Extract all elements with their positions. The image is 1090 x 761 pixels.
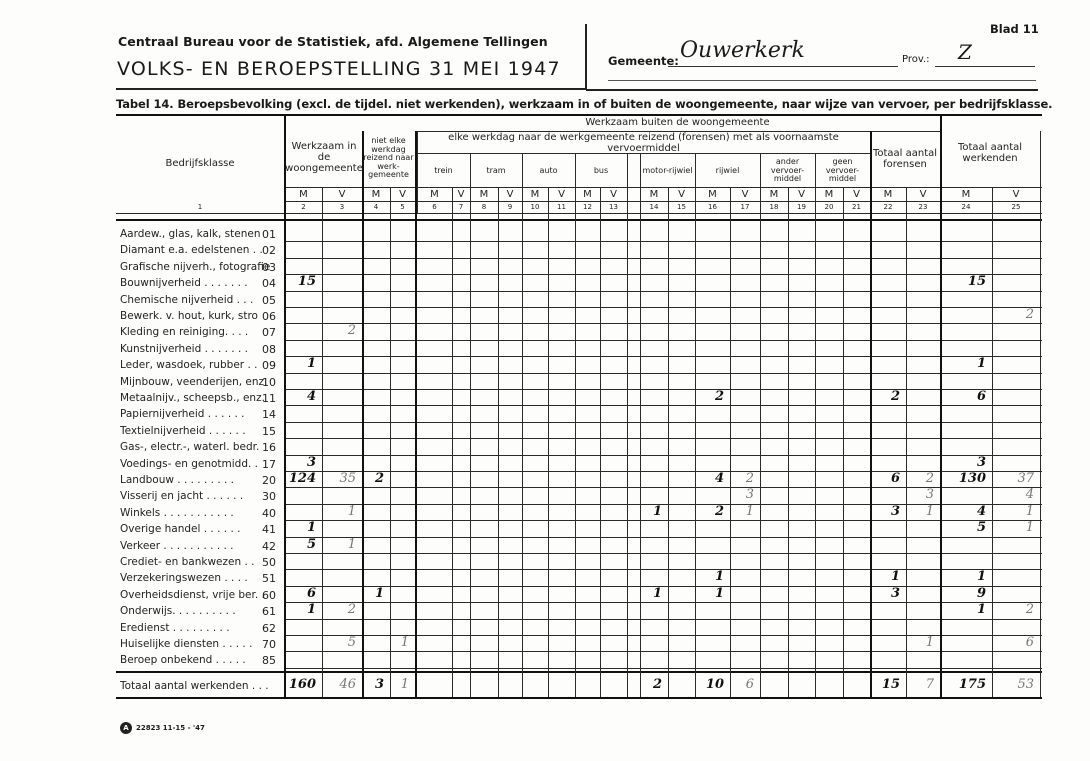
column-number: 21 (843, 202, 870, 213)
organization-name: Centraal Bureau voor de Statistiek, afd.… (118, 34, 548, 49)
row-label: Chemische nijverheid . . . (120, 294, 253, 306)
cell-value[interactable]: 1 (285, 602, 316, 617)
grid-line (815, 153, 816, 697)
row-label: Leder, wasdoek, rubber . . (120, 359, 257, 371)
column-number: 3 (322, 202, 362, 213)
cell-value[interactable]: 1 (285, 356, 316, 371)
row-code: 20 (258, 474, 276, 487)
column-header-v: V (390, 188, 415, 201)
column-header-v: V (548, 188, 575, 201)
cell-value[interactable]: 1 (695, 569, 724, 584)
row-label: Overheidsdienst, vrije ber. . (120, 589, 265, 601)
grid-line (730, 187, 731, 697)
column-header-v: V (992, 188, 1040, 201)
cell-value[interactable]: 9 (940, 586, 986, 601)
column-header-m: M (285, 188, 322, 201)
column-header-m: M (470, 188, 498, 201)
row-label: Bouwnijverheid . . . . . . . (120, 277, 248, 289)
row-code: 03 (258, 261, 276, 274)
cell-value[interactable]: 6 (940, 389, 986, 404)
column-number: 4 (362, 202, 390, 213)
province-field[interactable]: Z (958, 40, 972, 64)
column-header-bus: bus (575, 155, 627, 187)
column-header-m: M (522, 188, 548, 201)
grid-line (575, 153, 576, 697)
grid-line (285, 405, 1042, 406)
cell-value[interactable]: 2 (992, 307, 1034, 322)
grid-line (843, 187, 844, 697)
cell-value[interactable]: 1 (992, 504, 1034, 519)
grid-line (285, 520, 1042, 521)
column-number: 18 (760, 202, 788, 213)
row-code: 02 (258, 244, 276, 257)
column-header-rijwiel: rijwiel (695, 155, 760, 187)
grid-line (285, 340, 1042, 341)
cell-value[interactable]: 3 (906, 487, 934, 502)
cell-value[interactable]: 2 (730, 471, 754, 486)
cell-value[interactable]: 4 (992, 487, 1034, 502)
grid-line (285, 356, 1042, 357)
cell-value[interactable]: 1 (640, 504, 662, 519)
total-cell-value[interactable]: 3 (362, 677, 384, 692)
grid-line (285, 422, 1042, 423)
cell-value[interactable]: 15 (940, 274, 986, 289)
cell-value[interactable]: 5 (940, 520, 986, 535)
grid-line (285, 373, 1042, 374)
row-code: 14 (258, 408, 276, 421)
row-label: Kleding en reiniging. . . . (120, 326, 248, 338)
cell-value[interactable]: 2 (992, 602, 1034, 617)
row-code: 15 (258, 425, 276, 438)
total-cell-value[interactable]: 6 (730, 677, 754, 692)
grid-line (870, 131, 872, 697)
row-code: 06 (258, 310, 276, 323)
cell-value[interactable]: 1 (870, 569, 900, 584)
grid-line (668, 187, 669, 697)
column-number: 8 (470, 202, 498, 213)
column-header-totaal-werkenden: Totaal aantal werkenden (940, 118, 1040, 187)
grid-line (284, 114, 286, 697)
column-number: 11 (548, 202, 575, 213)
row-code: 40 (258, 507, 276, 520)
column-header-v: V (600, 188, 627, 201)
grid-line (116, 671, 1042, 673)
column-header-m: M (940, 188, 992, 201)
column-number: 14 (640, 202, 668, 213)
column-header-elke-werkdag: elke werkdag naar de werkgemeente reizen… (417, 132, 870, 153)
grid-line (285, 569, 1042, 570)
row-label: Bewerk. v. hout, kurk, stro (120, 310, 258, 322)
row-label: Crediet- en bankwezen . . (120, 556, 254, 568)
column-number: 13 (600, 202, 627, 213)
cell-value[interactable]: 2 (906, 471, 934, 486)
printer-logo-icon: A (120, 722, 132, 734)
cell-value[interactable]: 3 (730, 487, 754, 502)
form-title: VOLKS- EN BEROEPSTELLING 31 MEI 1947 (117, 58, 561, 80)
header-rule (586, 89, 1038, 91)
column-number: 19 (788, 202, 815, 213)
column-header-v: V (730, 188, 760, 201)
print-footer: A 22823 11-15 - '47 (120, 722, 205, 734)
grid-line (285, 274, 1042, 275)
row-label: Verzekeringswezen . . . . (120, 572, 248, 584)
grid-line (322, 187, 323, 697)
grid-line (285, 668, 1042, 669)
cell-value[interactable]: 1 (940, 356, 986, 371)
column-number: 10 (522, 202, 548, 213)
row-label: Grafische nijverh., fotografie (120, 261, 270, 273)
column-header-m: M (640, 188, 668, 201)
table-title: Tabel 14. Beroepsbevolking (excl. de tij… (116, 97, 1052, 111)
cell-value[interactable]: 1 (285, 520, 316, 535)
column-header-v: V (668, 188, 695, 201)
grid-line (695, 153, 696, 697)
column-header-werkzaam-in: Werkzaam in de woongemeente (285, 130, 363, 185)
cell-value[interactable]: 6 (870, 471, 900, 486)
grid-line (285, 455, 1042, 456)
column-number: 9 (498, 202, 522, 213)
census-form-sheet: Centraal Bureau voor de Statistiek, afd.… (0, 0, 1090, 761)
cell-value[interactable]: 5 (285, 537, 316, 552)
grid-line (116, 697, 1042, 699)
row-code: 50 (258, 556, 276, 569)
column-number: 1 (116, 202, 284, 213)
row-label: Overige handel . . . . . . (120, 523, 240, 535)
column-number: 7 (452, 202, 470, 213)
cell-value[interactable]: 124 (285, 471, 316, 486)
grid-line (760, 153, 761, 697)
column-header-m: M (695, 188, 730, 201)
total-cell-value[interactable]: 2 (640, 677, 662, 692)
cell-value[interactable]: 1 (906, 504, 934, 519)
row-code: 09 (258, 359, 276, 372)
column-header-niet-elke-werkdag: niet elke werkdag reizend naar werk-geme… (362, 131, 415, 186)
row-code: 51 (258, 572, 276, 585)
grid-line (452, 187, 453, 697)
column-number: 5 (390, 202, 415, 213)
grid-line (285, 651, 1042, 652)
header-rule (608, 80, 1036, 81)
column-header-m: M (362, 188, 390, 201)
total-cell-value[interactable]: 7 (906, 677, 934, 692)
column-number: 12 (575, 202, 600, 213)
total-cell-value[interactable]: 160 (285, 677, 316, 692)
row-label: Visserij en jacht . . . . . . (120, 490, 243, 502)
print-code: 22823 11-15 - '47 (136, 724, 205, 732)
row-code: 42 (258, 540, 276, 553)
row-label: Voedings- en genotmidd. . (120, 458, 258, 470)
header-divider (116, 88, 586, 90)
column-number: 15 (668, 202, 695, 213)
column-header-v: V (788, 188, 815, 201)
column-header-totaal-forensen: Totaal aantal forensen (870, 130, 940, 187)
grid-line (285, 323, 1042, 324)
cell-value[interactable]: 3 (870, 586, 900, 601)
cell-value[interactable]: 3 (870, 504, 900, 519)
row-label: Kunstnijverheid . . . . . . . (120, 343, 248, 355)
grid-line (285, 258, 1042, 259)
cell-value[interactable]: 1 (940, 569, 986, 584)
province-label: Prov.: (902, 54, 930, 65)
grid-line (992, 187, 993, 697)
cell-value[interactable]: 1 (390, 635, 409, 650)
column-number: 20 (815, 202, 843, 213)
row-label: Beroep onbekend . . . . . (120, 654, 246, 666)
gemeente-field[interactable]: Ouwerkerk (680, 38, 805, 63)
cell-value[interactable]: 1 (640, 586, 662, 601)
row-label: Onderwijs. . . . . . . . . . (120, 605, 236, 617)
total-row-label: Totaal aantal werkenden . . . (120, 680, 269, 692)
header-vertical-divider (585, 24, 587, 90)
row-code: 07 (258, 326, 276, 339)
column-number: 17 (730, 202, 760, 213)
grid-line (285, 307, 1042, 308)
cell-value[interactable]: 4 (285, 389, 316, 404)
cell-value[interactable]: 1 (940, 602, 986, 617)
total-cell-value[interactable]: 175 (940, 677, 986, 692)
row-code: 10 (258, 376, 276, 389)
grid-line (498, 187, 499, 697)
grid-line (600, 187, 601, 697)
row-label: Papiernijverheid . . . . . . (120, 408, 245, 420)
cell-value[interactable]: 1 (695, 586, 724, 601)
row-code: 08 (258, 343, 276, 356)
total-cell-value[interactable]: 53 (992, 677, 1034, 692)
column-header-motorrijwiel: motor-rijwiel (640, 155, 695, 187)
cell-value[interactable]: 37 (992, 471, 1034, 486)
column-number: 25 (992, 202, 1040, 213)
grid-line (640, 153, 641, 697)
cell-value[interactable]: 2 (870, 389, 900, 404)
column-number: 16 (695, 202, 730, 213)
row-code: 62 (258, 622, 276, 635)
row-code: 01 (258, 228, 276, 241)
column-number: 24 (940, 202, 992, 213)
column-header-v: V (322, 188, 362, 201)
column-header-m: M (417, 188, 452, 201)
row-label: Verkeer . . . . . . . . . . . (120, 540, 234, 552)
grid-line (285, 389, 1042, 390)
cell-value[interactable]: 2 (695, 504, 724, 519)
cell-value[interactable]: 4 (695, 471, 724, 486)
cell-value[interactable]: 6 (992, 635, 1034, 650)
row-label: Eredienst . . . . . . . . . (120, 622, 230, 634)
row-label: Aardew., glas, kalk, stenen (120, 228, 261, 240)
grid-line (285, 553, 1042, 554)
cell-value[interactable]: 4 (940, 504, 986, 519)
row-label: Diamant e.a. edelstenen . . (120, 244, 263, 256)
column-header-auto: auto (522, 155, 575, 187)
column-number: 22 (870, 202, 906, 213)
cell-value[interactable]: 15 (285, 274, 316, 289)
row-code: 16 (258, 441, 276, 454)
column-header-m: M (760, 188, 788, 201)
column-header-bedrijfsklasse: Bedrijfsklasse (116, 114, 284, 213)
cell-value[interactable]: 2 (362, 471, 384, 486)
cell-value[interactable]: 35 (322, 471, 356, 486)
row-label: Gas-, electr.-, waterl. bedr. (120, 441, 259, 453)
row-code: 61 (258, 605, 276, 618)
column-header-tram: tram (470, 155, 522, 187)
grid-line (1040, 131, 1041, 697)
row-label: Metaalnijv., scheepsb., enz. (120, 392, 265, 404)
column-header-v: V (452, 188, 470, 201)
total-cell-value[interactable]: 10 (695, 677, 724, 692)
cell-value[interactable]: 6 (285, 586, 316, 601)
cell-value[interactable]: 1 (322, 537, 356, 552)
grid-line (522, 153, 523, 697)
column-header-v: V (498, 188, 522, 201)
row-code: 41 (258, 523, 276, 536)
total-cell-value[interactable]: 1 (390, 677, 409, 692)
row-code: 70 (258, 638, 276, 651)
row-label: Huiselijke diensten . . . . . (120, 638, 252, 650)
grid-line (415, 131, 417, 697)
grid-line (940, 114, 942, 697)
column-number: 2 (285, 202, 322, 213)
row-label: Winkels . . . . . . . . . . . (120, 507, 234, 519)
row-label: Textielnijverheid . . . . . . (120, 425, 246, 437)
cell-value[interactable]: 3 (285, 455, 316, 470)
cell-value[interactable]: 130 (940, 471, 986, 486)
column-number: 23 (906, 202, 940, 213)
grid-line (285, 602, 1042, 603)
sheet-number: Blad 11 (990, 22, 1039, 36)
grid-line (788, 187, 789, 697)
row-label: Mijnbouw, veenderijen, enz. (120, 376, 267, 388)
column-header-m: M (815, 188, 843, 201)
cell-value[interactable]: 1 (362, 586, 384, 601)
cell-value[interactable]: 2 (322, 602, 356, 617)
grid-line (285, 586, 1042, 587)
row-label: Landbouw . . . . . . . . . (120, 474, 234, 486)
grid-line (285, 537, 1042, 538)
province-underline (935, 66, 1035, 67)
column-header-m: M (870, 188, 906, 201)
column-header-geen-vervoermiddel: geen vervoer-middel (815, 155, 870, 187)
row-code: 11 (258, 392, 276, 405)
row-code: 05 (258, 294, 276, 307)
gemeente-underline (668, 66, 898, 67)
cell-value[interactable]: 3 (940, 455, 986, 470)
total-cell-value[interactable]: 46 (322, 677, 356, 692)
grid-line (548, 187, 549, 697)
column-header-m: M (575, 188, 600, 201)
row-code: 85 (258, 654, 276, 667)
row-code: 60 (258, 589, 276, 602)
column-number: 6 (417, 202, 452, 213)
total-cell-value[interactable]: 15 (870, 677, 900, 692)
column-header-v: V (906, 188, 940, 201)
grid-line (390, 187, 391, 697)
column-header-v: V (843, 188, 870, 201)
row-code: 04 (258, 277, 276, 290)
cell-value[interactable]: 2 (322, 323, 356, 338)
grid-line (362, 131, 364, 697)
grid-line (417, 131, 418, 213)
cell-value[interactable]: 1 (906, 635, 934, 650)
grid-line (285, 241, 1042, 242)
cell-value[interactable]: 2 (695, 389, 724, 404)
grid-line (285, 438, 1042, 439)
grid-line (627, 153, 628, 697)
grid-line (116, 219, 1042, 221)
grid-line (285, 619, 1042, 620)
cell-value[interactable]: 1 (322, 504, 356, 519)
column-header-ander-vervoermiddel: ander vervoer-middel (760, 155, 815, 187)
grid-line (116, 213, 1042, 214)
row-code: 30 (258, 490, 276, 503)
column-header-werkzaam-buiten: Werkzaam buiten de woongemeente (415, 114, 940, 131)
cell-value[interactable]: 5 (322, 635, 356, 650)
grid-line (470, 153, 471, 697)
grid-line (285, 291, 1042, 292)
grid-line (906, 187, 907, 697)
column-header-trein: trein (417, 155, 470, 187)
cell-value[interactable]: 1 (730, 504, 754, 519)
cell-value[interactable]: 1 (992, 520, 1034, 535)
row-code: 17 (258, 458, 276, 471)
